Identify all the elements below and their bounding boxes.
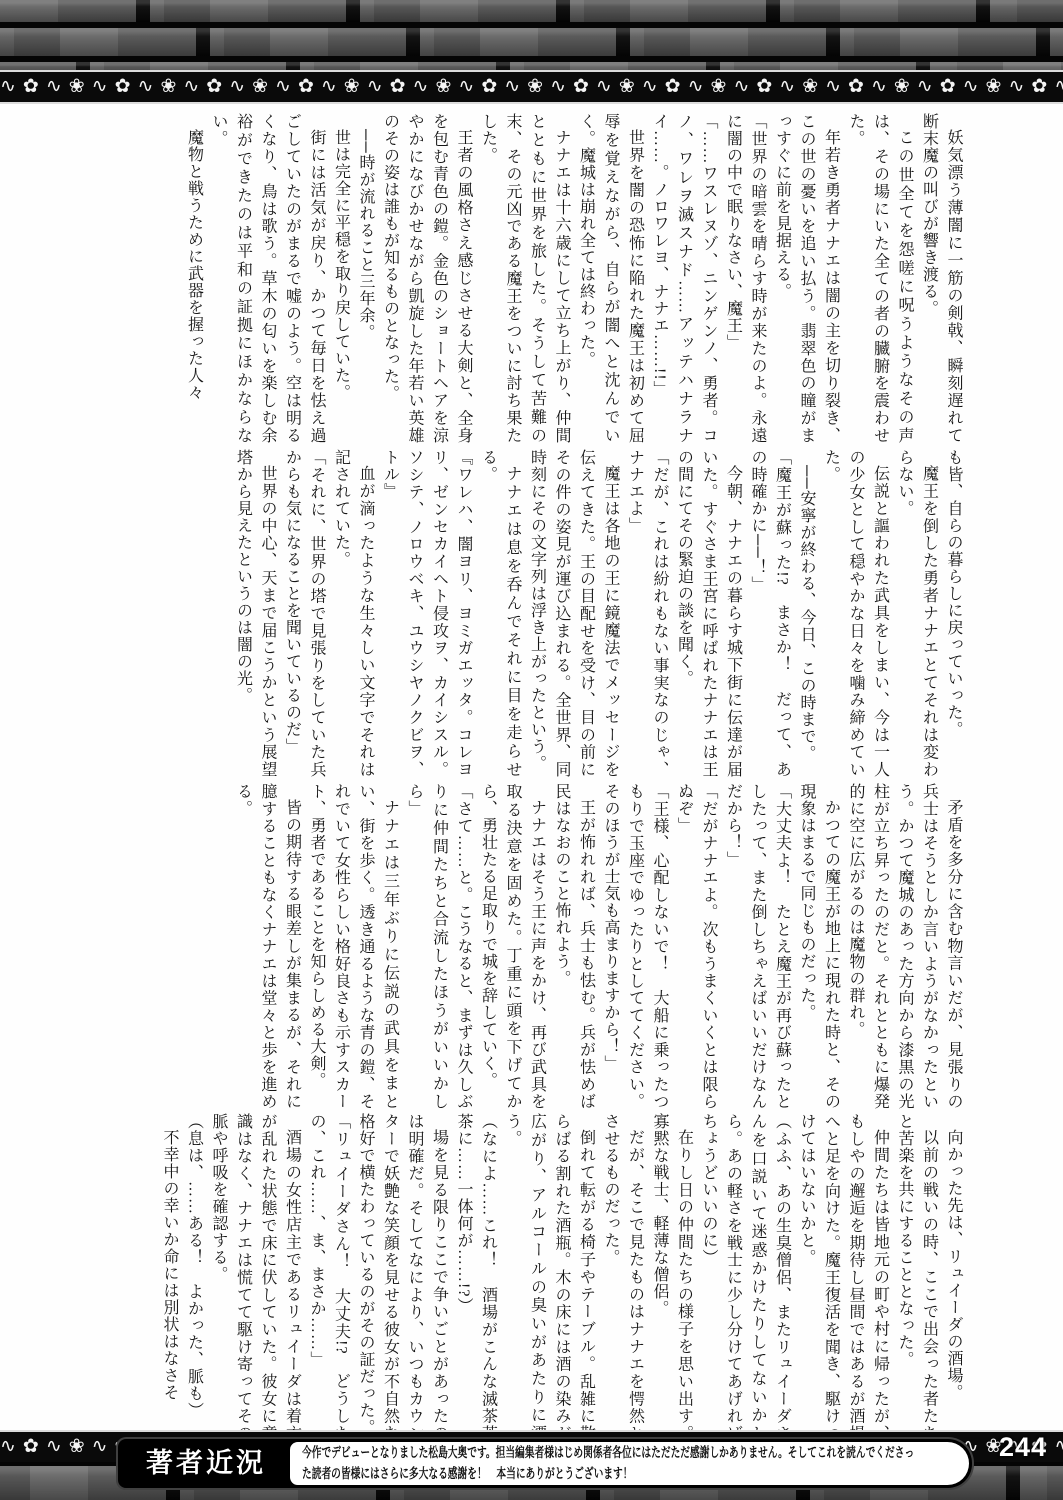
paragraph: 魔王を倒した勇者ナナエとてそれは変わらない。 (892, 449, 941, 778)
paragraph: ──時が流れること三年余。 (353, 113, 378, 444)
brick-row (0, 0, 1063, 22)
text-band-3: 矛盾を多分に含む物言いだが、見張りの兵士はそうとしか言いようがなかったという。か… (118, 783, 965, 1110)
paragraph: 王が怖れれば、兵士も怯む。兵が怯めば民はなおのこと怖れよう。 (549, 783, 598, 1110)
paragraph: 倒れて転がる椅子やテーブル。乱雑に散らばる割れた酒瓶。木の床には酒の染みが広がり… (500, 1113, 598, 1442)
paragraph: 世界を闇の恐怖に陥れた魔王は初めて屈辱を覚えながら、自らが闇へと沈んでいく。魔城… (573, 113, 647, 444)
novel-page: ∿✿∿❀∿✿∿❀∿✿∿❀∿✿∿❀∿✿∿❀∿✿∿❀∿✿∿❀∿✿∿❀∿✿∿❀∿✿∿❀… (0, 0, 1063, 1500)
paragraph: 矛盾を多分に含む物言いだが、見張りの兵士はそうとしか言いようがなかったという。か… (843, 783, 966, 1110)
page-number: 244 (999, 1434, 1047, 1460)
paragraph: 在りし日の仲間たちの様子を思い出す。寡黙な戦士、軽薄な僧侶。 (647, 1113, 696, 1442)
paragraph: 「世界の暗雲を晴らす時が来たのよ。永遠に闇の中で眠りなさい、魔王」 (720, 113, 769, 444)
brick-row (0, 62, 1063, 70)
paragraph: 仲間たちは皆地元の町や村に帰ったが、もしやの邂逅を期待し昼間ではあるが酒場へと足… (794, 1113, 892, 1442)
paragraph: （ふふ、あの生臭僧侶、またリュイーダさんを口説いて迷惑かけたりしてないかしら。あ… (696, 1113, 794, 1442)
paragraph: 「リュイーダさん！ 大丈夫!? どうしたの、これ……、ま、まさか……」 (304, 1113, 353, 1442)
paragraph: も皆、自らの暮らしに戻っていった。 (941, 449, 966, 778)
paragraph: だが、そこで見たものはナナエを愕然とさせるものだった。 (598, 1113, 647, 1442)
paragraph: ナナエは十六歳にして立ち上がり、仲間とともに世界を旅した。そうして苦難の末、その… (475, 113, 573, 444)
paragraph: かつての魔王が地上に現れた時と、その現象はまるで同じものだった。 (794, 783, 843, 1110)
paragraph: 伝説と謳われた武具をしまい、今は一人の少女として穏やかな日々を噛み締めていた。 (818, 449, 892, 778)
author-note-bar: 著者近況 今作でデビューとなりました松島大奥です。担当編集者様はじめ関係者各位に… (116, 1437, 974, 1490)
author-note-label: 著者近況 (116, 1450, 290, 1477)
paragraph: この世全てを怨嗟に呪うようなその声は、その場にいた全ての者の臓腑を震わせた。 (843, 113, 917, 444)
author-note-line-2: た読者の皆様にはさらに多大なる感謝を！ 本当にありがとうございます！ (302, 1464, 779, 1484)
text-band-4: 向かった先は、リュイーダの酒場。 以前の戦いの時、ここで出会った者たちと苦楽を共… (118, 1113, 965, 1442)
paragraph: 「だがナナエよ。次もうまくいくとは限らぬぞ」 (671, 783, 720, 1110)
paragraph: ナナエは息を呑んでそれに目を走らせる。 (475, 449, 524, 778)
paragraph: 世界の中心、天まで届こうかという展望塔から見えたというのは闇の光。 (230, 449, 279, 778)
paragraph: 「さて……と。こうなると、まずは久しぶりに仲間たちと合流したほうがいいかしら」 (402, 783, 476, 1110)
paragraph: 「魔王が蘇った!? まさか！ だって、あの時確かに──！」 (745, 449, 794, 778)
brick-border-top (0, 0, 1063, 70)
paragraph: ──安寧が終わる、今日、この時まで。 (794, 449, 819, 778)
paragraph: 「王様、心配しないで！ 大船に乗ったつもりで玉座でゆったりとしててください。その… (598, 783, 672, 1110)
paragraph: 『ワレハ、闇ヨリ、ヨミガエッタ。コレヨリ、ゼンセカイヘト侵攻ヲ、カイシスル。ソシ… (377, 449, 475, 778)
paragraph: 王者の風格さえ感じさせる大剣と、全身を包む青色の鎧。金色のショートヘアを涼やかに… (377, 113, 475, 444)
flower-ornament-border-top: ∿✿∿❀∿✿∿❀∿✿∿❀∿✿∿❀∿✿∿❀∿✿∿❀∿✿∿❀∿✿∿❀∿✿∿❀∿✿∿❀… (0, 70, 1063, 104)
paragraph: 以前の戦いの時、ここで出会った者たちと苦楽を共にすることとなった。 (892, 1113, 941, 1442)
paragraph: 今朝、ナナエの暮らす城下街に伝達が届いた。すぐさま王宮に呼ばれたナナエは王の間に… (671, 449, 745, 778)
paragraph: 「だが、これは紛れもない事実なのじゃ、ナナエよ」 (622, 449, 671, 778)
paragraph: 酒場の女性店主であるリュイーダは着衣が乱れた状態で床に伏していた。彼女に意識はな… (206, 1113, 304, 1442)
paragraph: ナナエはそう王に声をかけ、再び武具を取る決意を固めた。丁重に頭を下げてから、勇壮… (475, 783, 549, 1110)
author-note-line-1: 今作でデビューとなりました松島大奥です。担当編集者様はじめ関係者各位にはただただ… (302, 1443, 779, 1463)
text-band-1: 妖気漂う薄闇に一筋の剣戟、瞬刻遅れて断末魔の叫びが響き渡る。 この世全てを怨嗟に… (118, 113, 965, 444)
text-band-2: も皆、自らの暮らしに戻っていった。 魔王を倒した勇者ナナエとてそれは変わらない。… (118, 449, 965, 778)
paragraph: 魔王は各地の王に鏡魔法でメッセージを伝えてきた。王の目配せを受け、目の前にその件… (524, 449, 622, 778)
paragraph: （息は、……ある！ よかった、脈も） (181, 1113, 206, 1442)
paragraph: 年若き勇者ナナエは闇の主を切り裂き、この世の憂いを追い払う。翡翠色の瞳がまっすぐ… (769, 113, 843, 444)
paragraph: 皆の期待する眼差しが集まるが、それに臆することもなくナナエは堂々と歩を進める。 (230, 783, 304, 1110)
author-note-box: 今作でデビューとなりました松島大奥です。担当編集者様はじめ関係者各位にはただただ… (290, 1442, 969, 1485)
paragraph: 「……ワスレヌゾ、ニンゲンノ、勇者。コノ、ワレヲ滅スナド……アッテハナラナイ……… (647, 113, 721, 444)
paragraph: 世は完全に平穏を取り戻していた。 (328, 113, 353, 444)
brick-row (0, 28, 1063, 56)
paragraph: 魔物と戦うために武器を握った人々 (181, 113, 206, 444)
paragraph: 「大丈夫よ！ たとえ魔王が再び蘇ったとしたって、また倒しちゃえばいいだけなんだか… (720, 783, 794, 1110)
paragraph: （なによ……これ！ 酒場がこんな滅茶苦茶に……一体何が……!?） (451, 1113, 500, 1442)
paragraph: 妖気漂う薄闇に一筋の剣戟、瞬刻遅れて断末魔の叫びが響き渡る。 (916, 113, 965, 444)
paragraph: ナナエは三年ぶりに伝説の武具をまとい、街を歩く。透き通るような青の鎧、それでいて… (304, 783, 402, 1110)
paragraph: 向かった先は、リュイーダの酒場。 (941, 1113, 966, 1442)
paragraph: 血が滴ったような生々しい文字でそれは記されていた。 (328, 449, 377, 778)
paragraph: 街には活気が戻り、かつて毎日を怯え過ごしていたのがまるで嘘のよう。空は明るくなり… (206, 113, 329, 444)
paragraph: 場を見る限りここで争いごとがあったのは明確だ。そしてなにより、いつもカウンターで… (353, 1113, 451, 1442)
paragraph: 不幸中の幸いか命には別状はなさそ (157, 1113, 182, 1442)
paragraph: 「それに、世界の塔で見張りをしていた兵からも気になることを聞いているのだ」 (279, 449, 328, 778)
